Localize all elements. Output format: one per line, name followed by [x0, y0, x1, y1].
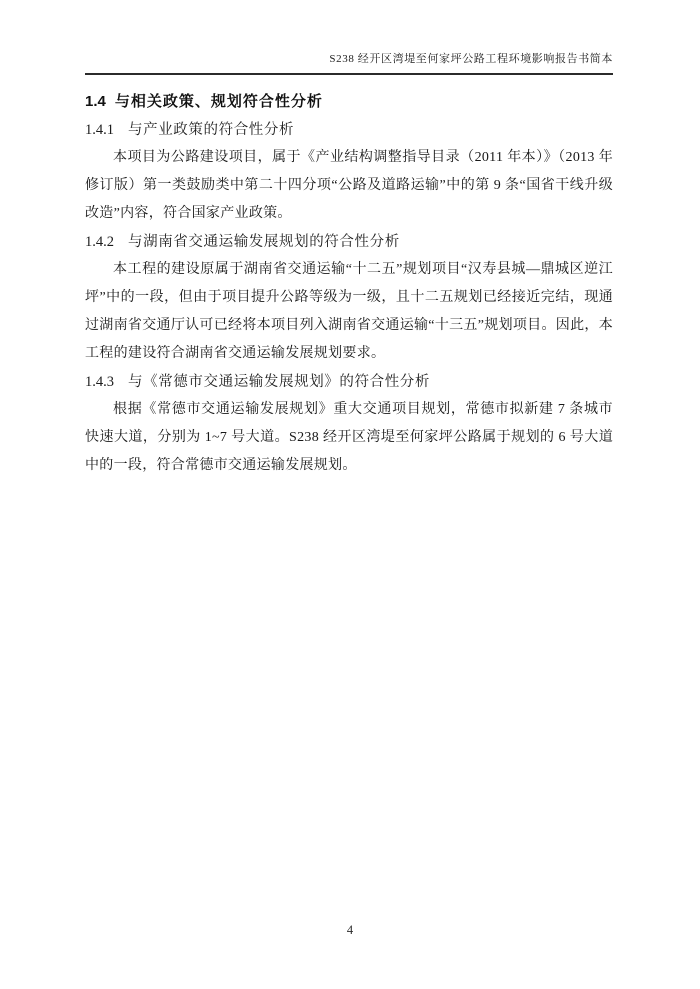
section-number: 1.4: [85, 93, 106, 110]
paragraph-1-4-3: 根据《常德市交通运输发展规划》重大交通项目规划，常德市拟新建 7 条城市快速大道…: [85, 396, 613, 480]
subsection-heading-1-4-3: 1.4.3与《常德市交通运输发展规划》的符合性分析: [85, 368, 613, 396]
subsection-title: 与湖南省交通运输发展规划的符合性分析: [128, 234, 400, 250]
section-heading-1-4: 1.4与相关政策、规划符合性分析: [85, 88, 613, 116]
subsection-heading-1-4-2: 1.4.2与湖南省交通运输发展规划的符合性分析: [85, 228, 613, 256]
subsection-heading-1-4-1: 1.4.1与产业政策的符合性分析: [85, 116, 613, 144]
subsection-number: 1.4.3: [85, 374, 114, 390]
page-content: S238 经开区湾堤至何家坪公路工程环境影响报告书简本 1.4与相关政策、规划符…: [85, 50, 613, 480]
section-title: 与相关政策、规划符合性分析: [115, 93, 323, 110]
document-body: 1.4与相关政策、规划符合性分析 1.4.1与产业政策的符合性分析 本项目为公路…: [85, 75, 613, 480]
subsection-number: 1.4.1: [85, 122, 114, 138]
subsection-title: 与《常德市交通运输发展规划》的符合性分析: [128, 374, 430, 390]
paragraph-1-4-2: 本工程的建设原属于湖南省交通运输“十二五”规划项目“汉寿县城—鼎城区逆江坪”中的…: [85, 256, 613, 368]
page-number: 4: [0, 922, 700, 938]
paragraph-1-4-1: 本项目为公路建设项目，属于《产业结构调整指导目录（2011 年本）》（2013 …: [85, 144, 613, 228]
document-page: S238 经开区湾堤至何家坪公路工程环境影响报告书简本 1.4与相关政策、规划符…: [0, 0, 700, 989]
subsection-title: 与产业政策的符合性分析: [128, 122, 294, 138]
running-header: S238 经开区湾堤至何家坪公路工程环境影响报告书简本: [85, 50, 613, 73]
subsection-number: 1.4.2: [85, 234, 114, 250]
